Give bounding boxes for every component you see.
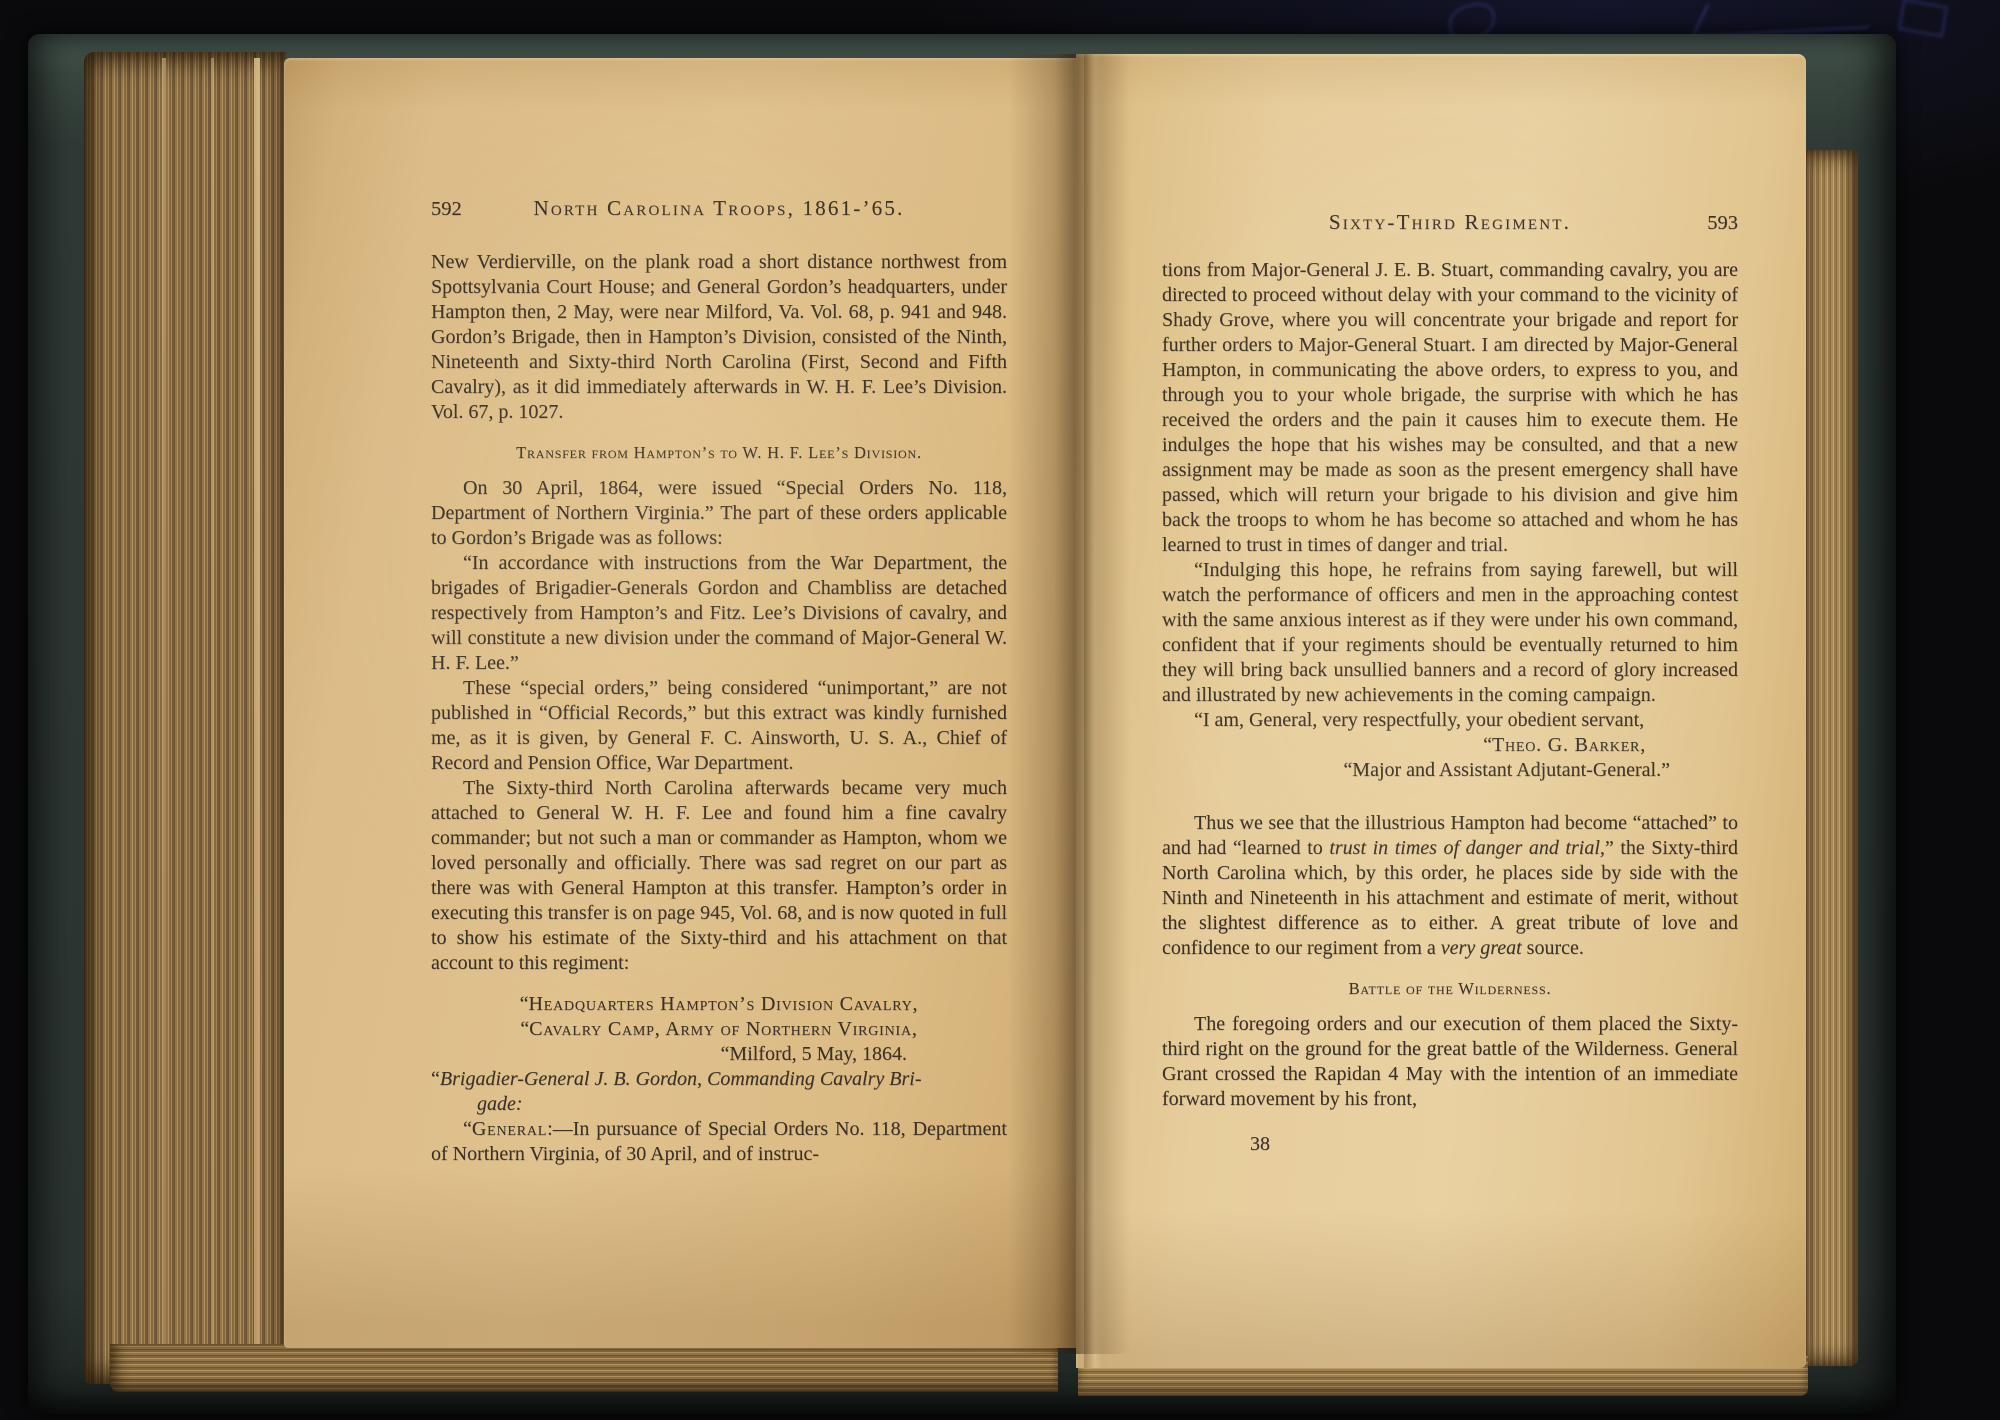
text-block: On 30 April, 1864, were issued “Special … bbox=[431, 476, 1007, 551]
text-block: “General:—In pursuance of Special Orders… bbox=[431, 1117, 1007, 1167]
page-edge-sliver bbox=[254, 58, 260, 1378]
left-page-body: New Verdierville, on the plank road a sh… bbox=[431, 250, 1007, 1167]
page-number: 593 bbox=[1666, 211, 1738, 236]
left-page: 592 North Carolina Troops, 1861-’65. New… bbox=[284, 58, 1076, 1348]
text-block: “In accordance with instructions from th… bbox=[431, 551, 1007, 676]
text-block: “Headquarters Hampton’s Division Cavalry… bbox=[431, 992, 1007, 1017]
text-block: The Sixty-third North Carolina afterward… bbox=[431, 776, 1007, 976]
text-block: “Theo. G. Barker, bbox=[1162, 733, 1738, 758]
running-title: North Carolina Troops, 1861-’65. bbox=[503, 196, 935, 221]
section-heading: Transfer from Hampton’s to W. H. F. Lee’… bbox=[431, 440, 1007, 465]
text-block: “Cavalry Camp, Army of Northern Virginia… bbox=[431, 1017, 1007, 1042]
right-page-body: tions from Major-General J. E. B. Stuart… bbox=[1162, 258, 1738, 1157]
left-page-text-column: 592 North Carolina Troops, 1861-’65. New… bbox=[431, 196, 1007, 1167]
running-title: Sixty-Third Regiment. bbox=[1234, 210, 1666, 235]
section-heading: Battle of the Wilderness. bbox=[1162, 976, 1738, 1001]
text-block: The foregoing orders and our execution o… bbox=[1162, 1012, 1738, 1112]
page-stack-bottom-left bbox=[110, 1344, 1058, 1392]
text-block: “Major and Assistant Adjutant-General.” bbox=[1162, 758, 1738, 783]
page-stack-fore-edge-right bbox=[1806, 150, 1858, 1366]
text-block: Thus we see that the illustrious Hampton… bbox=[1162, 811, 1738, 961]
page-edge-sliver bbox=[162, 58, 166, 1378]
page-number: 592 bbox=[431, 197, 503, 222]
text-block: New Verdierville, on the plank road a sh… bbox=[431, 250, 1007, 425]
text-block: “Milford, 5 May, 1864. bbox=[431, 1042, 1007, 1067]
text-block: These “special orders,” being considered… bbox=[431, 676, 1007, 776]
text-block: “I am, General, very respectfully, your … bbox=[1162, 708, 1738, 733]
signature-mark: 38 bbox=[1162, 1132, 1738, 1157]
page-stack-fore-edge-left bbox=[84, 52, 286, 1384]
photo-background-mark bbox=[1690, 0, 1885, 39]
page-gutter-crease bbox=[1084, 54, 1102, 1368]
left-page-header: 592 North Carolina Troops, 1861-’65. bbox=[431, 196, 1007, 222]
book-scan-photo: 592 North Carolina Troops, 1861-’65. New… bbox=[0, 0, 2000, 1420]
text-block: “Indulging this hope, he refrains from s… bbox=[1162, 558, 1738, 708]
right-page-header: Sixty-Third Regiment. 593 bbox=[1162, 210, 1738, 236]
right-page: Sixty-Third Regiment. 593 tions from Maj… bbox=[1076, 54, 1806, 1368]
text-block: “Brigadier-General J. B. Gordon, Command… bbox=[431, 1067, 1007, 1117]
text-block: tions from Major-General J. E. B. Stuart… bbox=[1162, 258, 1738, 558]
photo-background-mark bbox=[1898, 0, 1949, 38]
page-edge-sliver bbox=[211, 58, 214, 1378]
right-page-text-column: Sixty-Third Regiment. 593 tions from Maj… bbox=[1162, 210, 1738, 1157]
